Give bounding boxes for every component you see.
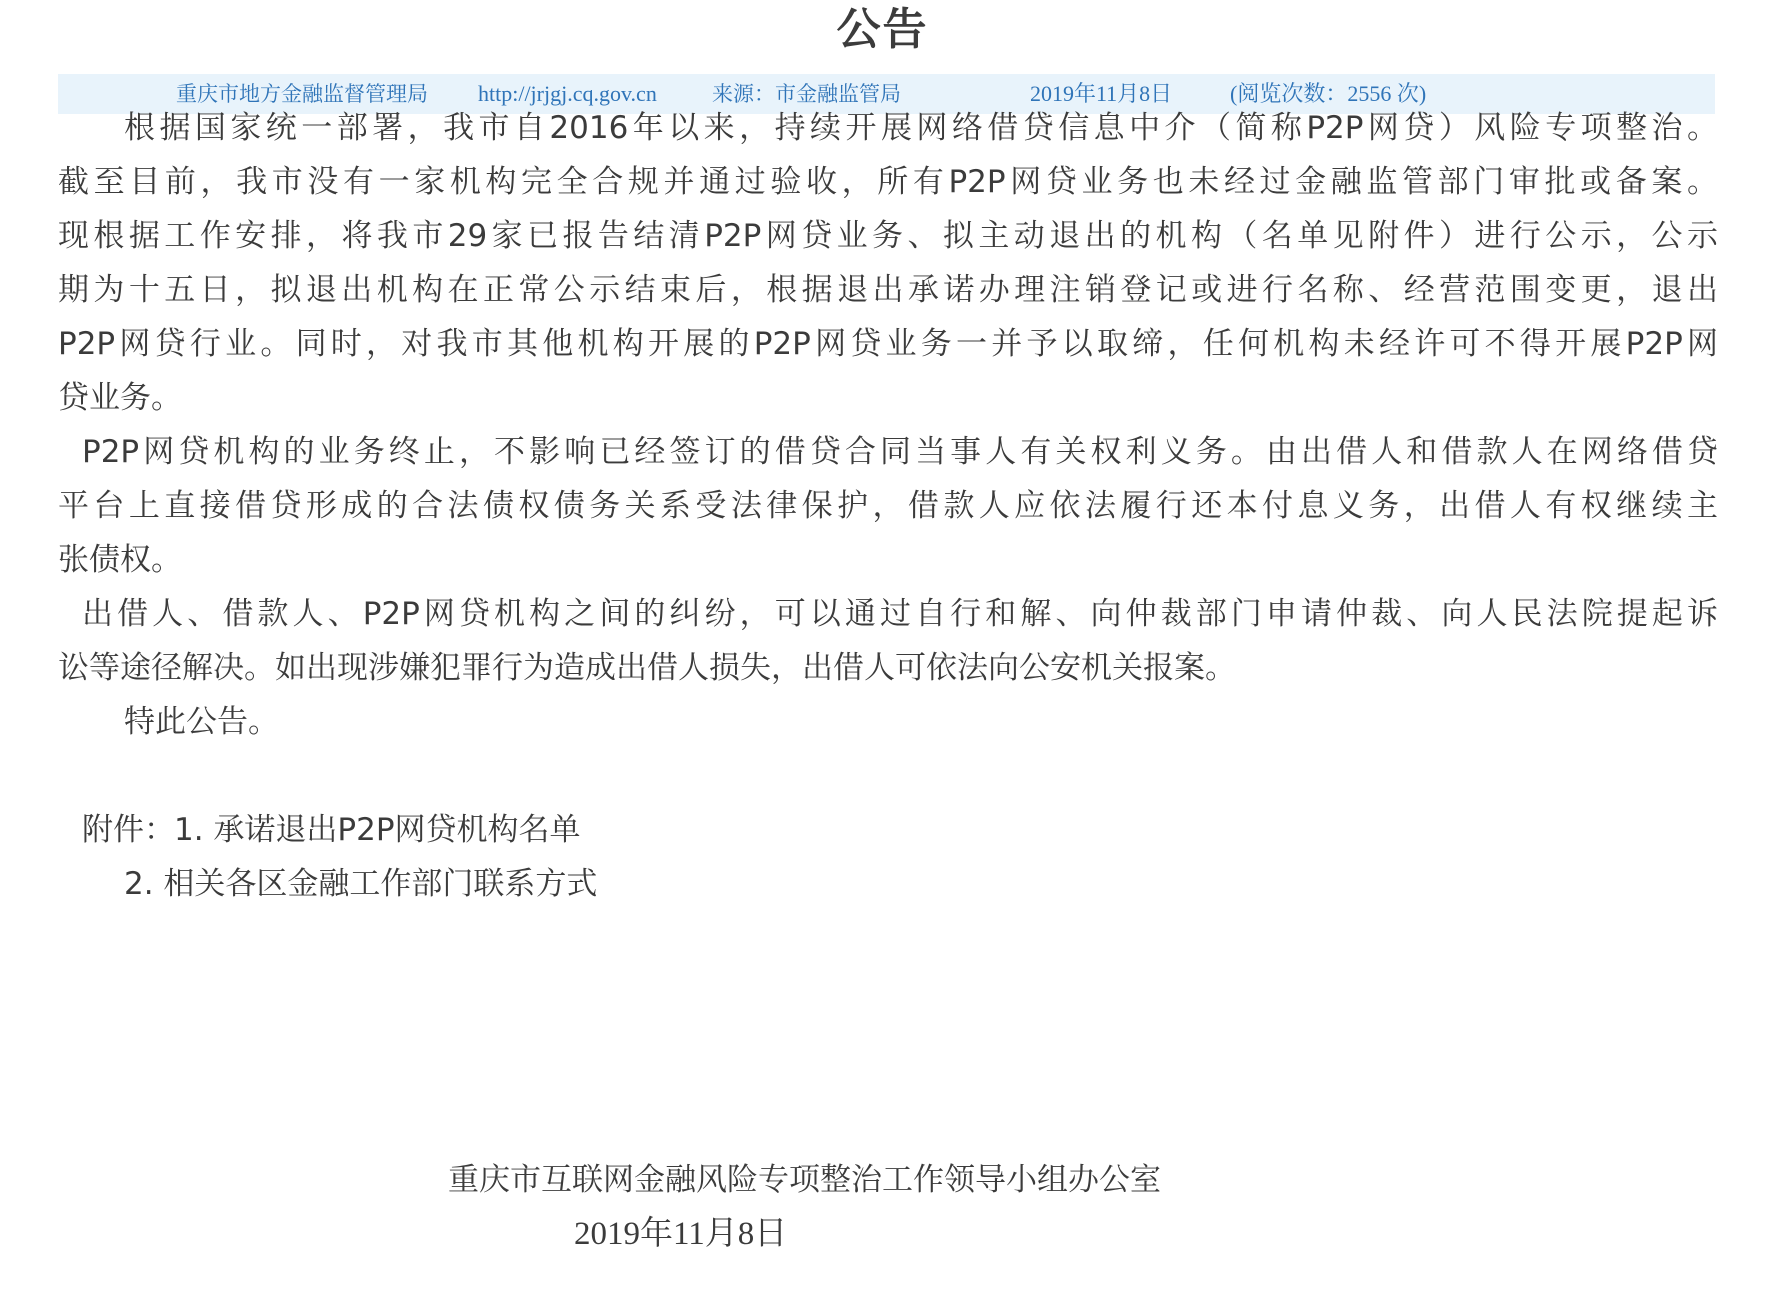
attachment-item-1[interactable]: 1. 承诺退出P2P网贷机构名单: [174, 810, 581, 850]
signing-organization: 重庆市互联网金融风险专项整治工作领导小组办公室: [448, 1160, 1161, 1200]
closing-statement: 特此公告。: [124, 702, 279, 742]
paragraph-line: P2P网贷行业。同时，对我市其他机构开展的P2P网贷业务一并予以取缔，任何机构未…: [58, 324, 1718, 364]
paragraph-line: P2P网贷机构的业务终止，不影响已经签订的借贷合同当事人有关权利义务。由出借人和…: [82, 432, 1718, 472]
paragraph-line: 平台上直接借贷形成的合法债权债务关系受法律保护，借款人应依法履行还本付息义务，出…: [58, 486, 1718, 526]
paragraph-line: 出借人、借款人、P2P网贷机构之间的纠纷，可以通过自行和解、向仲裁部门申请仲裁、…: [82, 594, 1718, 634]
paragraph-line: 现根据工作安排，将我市29家已报告结清P2P网贷业务、拟主动退出的机构（名单见附…: [58, 216, 1718, 256]
paragraph-line: 期为十五日，拟退出机构在正常公示结束后，根据退出承诺办理注销登记或进行名称、经营…: [58, 270, 1718, 310]
page-title: 公告: [0, 2, 1765, 58]
attachment-item-2[interactable]: 2. 相关各区金融工作部门联系方式: [124, 864, 597, 904]
paragraph-line: 根据国家统一部署，我市自2016年以来，持续开展网络借贷信息中介（简称P2P网贷…: [124, 108, 1718, 148]
attachments-label: 附件：: [82, 810, 175, 850]
paragraph-line: 贷业务。: [58, 378, 182, 418]
paragraph-line: 截至目前，我市没有一家机构完全合规并通过验收，所有P2P网贷业务也未经过金融监管…: [58, 162, 1718, 202]
paragraph-line: 张债权。: [58, 540, 182, 580]
signing-date: 2019年11月8日: [574, 1214, 787, 1254]
paragraph-line: 讼等途径解决。如出现涉嫌犯罪行为造成出借人损失，出借人可依法向公安机关报案。: [58, 648, 1236, 688]
